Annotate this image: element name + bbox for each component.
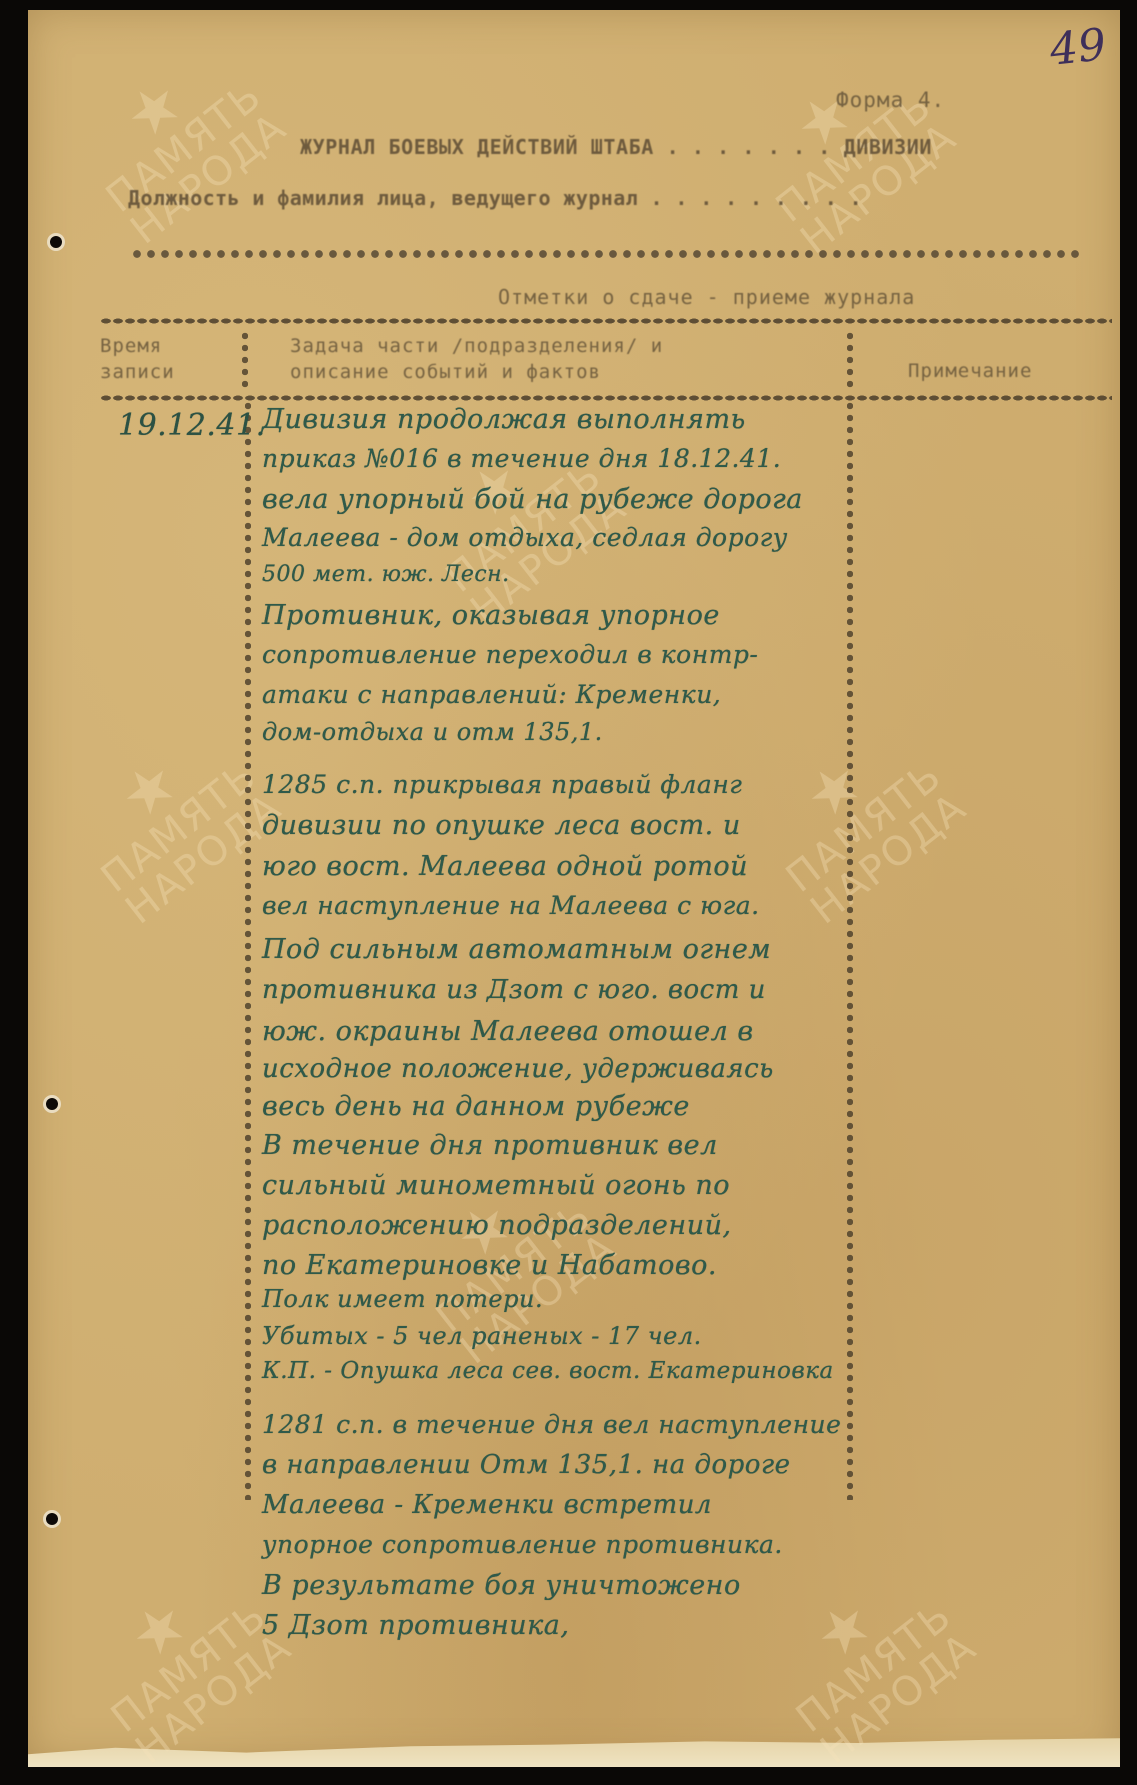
table-header-rule [100,395,1112,401]
column-header-text: Время [100,335,162,357]
column-header-text: Задача части /подразделения/ и [290,335,663,357]
entry-line: В результате боя уничтожено [262,1570,741,1601]
punch-hole [46,1098,58,1110]
column-header-time: Времязаписи [100,333,175,385]
entry-date: 19.12.41. [118,408,266,443]
entry-line: юж. окраины Малеева отошел в [262,1016,754,1047]
entry-line: исходное положение, удерживаясь [262,1054,774,1084]
punch-hole [46,1513,58,1525]
entry-line: в направлении Отм 135,1. на дороге [262,1450,790,1480]
column-header-note: Примечание [908,360,1032,382]
entry-line: весь день на данном рубеже [262,1091,690,1122]
column-header-text: записи [100,361,175,383]
entry-line: вел наступление на Малеева с юга. [262,891,760,920]
column-separator [245,400,251,1500]
column-header-description: Задача части /подразделения/ иописание с… [290,333,663,385]
entry-line: дом-отдыха и отм 135,1. [262,718,603,746]
column-header-text: описание событий и фактов [290,361,601,383]
entry-line: Малеева - Кременки встретил [262,1490,712,1520]
punch-hole [50,236,62,248]
entry-line: Под сильным автоматным огнем [262,934,771,965]
column-separator [847,400,853,1500]
column-separator [242,330,248,390]
form-label: Форма 4. [836,88,945,112]
table-top-rule [100,318,1112,324]
entry-line: 1285 с.п. прикрывая правый фланг [262,770,742,799]
entry-line: дивизии по опушке леса вост. и [262,810,741,841]
column-separator [847,330,853,390]
entry-line: расположению подразделений, [262,1210,732,1241]
entry-line: сопротивление переходил в контр- [262,640,758,669]
entry-line: приказ №016 в течение дня 18.12.41. [262,444,781,473]
entry-line: Полк имеет потери. [262,1285,543,1313]
entry-line: вела упорный бой на рубеже дорога [262,484,803,515]
entry-line: юго вост. Малеева одной ротой [262,851,748,882]
entry-line: атаки с направлений: Кременки, [262,680,721,709]
entry-line: сильный минометный огонь по [262,1170,730,1201]
entry-line-unit-1281: 1281 с.п. в течение дня вел наступление [262,1410,841,1439]
handover-label: Отметки о сдаче - приеме журнала [498,285,915,309]
entry-line: Дивизия продолжая выполнять [262,404,746,435]
page-number: 49 [1047,19,1108,76]
entry-line: В течение дня противник вел [262,1130,718,1161]
journal-title: ЖУРНАЛ БОЕВЫХ ДЕЙСТВИЙ ШТАБА . . . . . .… [300,135,932,159]
entry-line: 500 мет. юж. Лесн. [262,562,510,587]
entry-line: противника из Дзот с юго. вост и [262,975,766,1005]
entry-line: Малеева - дом отдыха, седлая дорогу [262,523,788,552]
entry-line: К.П. - Опушка леса сев. вост. Екатеринов… [262,1358,834,1384]
entry-line: 1281 с.п. в течение дня вел наступление [262,1410,841,1439]
entry-line: Противник, оказывая упорное [262,600,720,631]
entry-line: 5 Дзот противника, [262,1610,570,1641]
entry-line: Убитых - 5 чел раненых - 17 чел. [262,1322,702,1350]
entry-line-unit-1285: 1285 с.п. прикрывая правый фланг [262,770,742,799]
entry-line: по Екатериновке и Набатово. [262,1250,717,1281]
keeper-line: Должность и фамилия лица, ведущего журна… [128,186,862,210]
dotted-line [130,250,1080,258]
